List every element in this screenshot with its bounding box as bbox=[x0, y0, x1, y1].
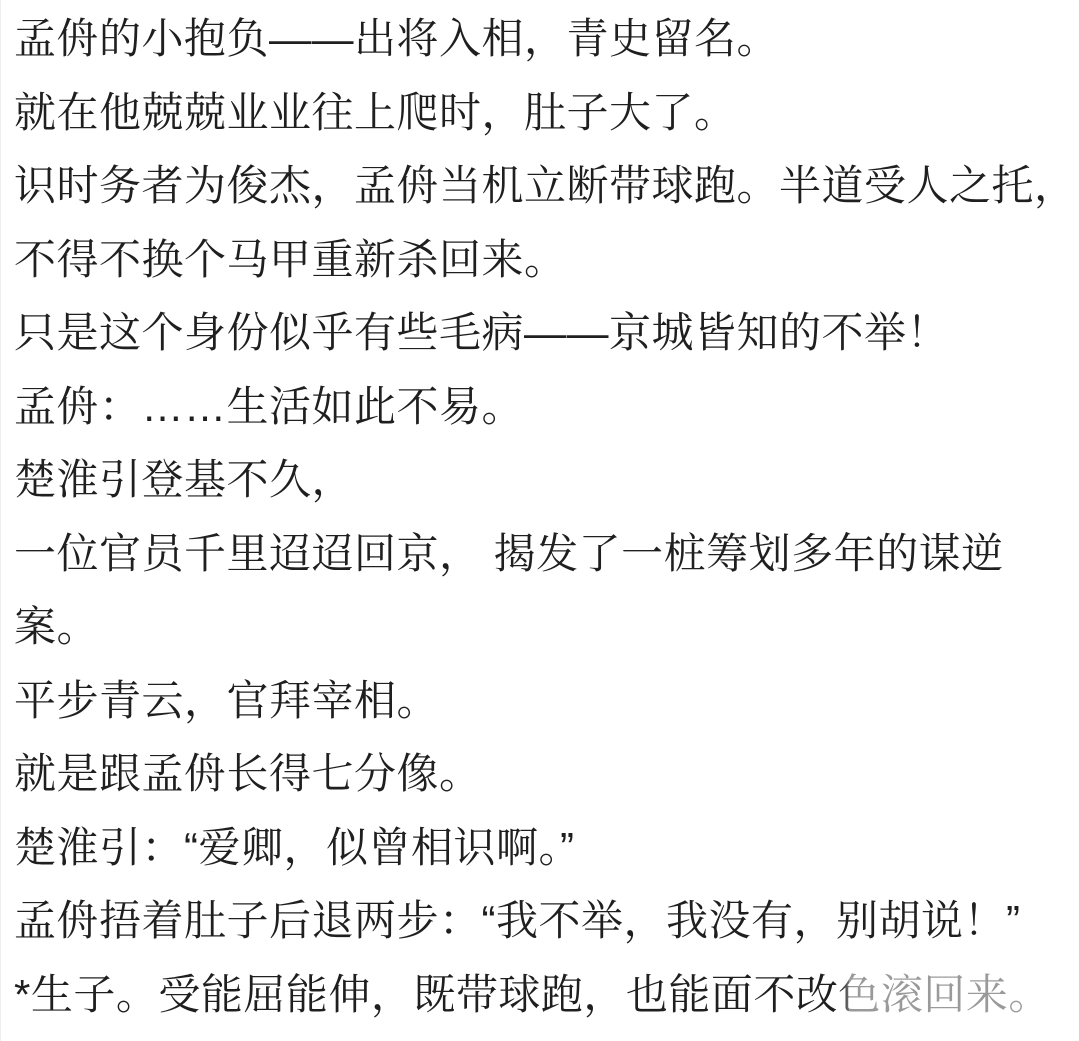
text-line: 楚淮引登基不久， bbox=[14, 443, 1079, 517]
text-line: 就是跟孟侜长得七分像。 bbox=[14, 737, 1079, 811]
text-line: 不得不换个马甲重新杀回来。 bbox=[14, 223, 1079, 297]
text-line: 就在他兢兢业业往上爬时，肚子大了。 bbox=[14, 76, 1079, 150]
text-line: 孟侜：……生活如此不易。 bbox=[14, 370, 1079, 444]
text-line: 楚淮引：“爱卿，似曾相识啊。” bbox=[14, 811, 1079, 885]
text-line: 只是这个身份似乎有些毛病——京城皆知的不举！ bbox=[14, 296, 1079, 370]
text-line: 识时务者为俊杰，孟侜当机立断带球跑。半道受人之托， bbox=[14, 149, 1079, 223]
text-line: 平步青云，官拜宰相。 bbox=[14, 664, 1079, 738]
text-line: 案。 bbox=[14, 590, 1079, 664]
text-line: *生子。受能屈能伸，既带球跑，也能面不改色滚回来。 bbox=[14, 958, 1079, 1032]
text-line: 孟侜捂着肚子后退两步：“我不举，我没有，别胡说！” bbox=[14, 884, 1079, 958]
text-line: 孟侜的小抱负——出将入相，青史留名。 bbox=[14, 2, 1079, 76]
novel-blurb-text: 孟侜的小抱负——出将入相，青史留名。 就在他兢兢业业往上爬时，肚子大了。 识时务… bbox=[14, 2, 1079, 1031]
text-line: 一位官员千里迢迢回京， 揭发了一桩筹划多年的谋逆 bbox=[14, 517, 1079, 591]
novel-intro-page: 孟侜的小抱负——出将入相，青史留名。 就在他兢兢业业往上爬时，肚子大了。 识时务… bbox=[0, 0, 1079, 1041]
